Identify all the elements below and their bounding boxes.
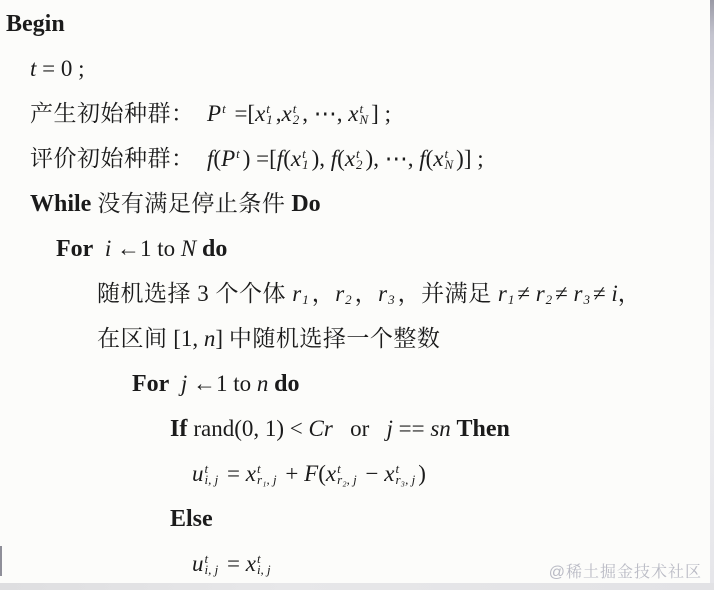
code-segment: ≠ — [555, 282, 573, 305]
scan-edge-left-mark — [0, 546, 2, 576]
code-segment: ) — [418, 462, 426, 485]
code-segment: For — [56, 237, 105, 261]
sup-sub-script: 3 — [388, 283, 395, 305]
code-segment: ←1 to — [187, 372, 257, 395]
code-line: uti, j = xtr₁, j + F(xtr₂, j − xtr₃, j) — [0, 451, 714, 496]
code-line: t = 0 ; — [0, 46, 714, 91]
code-segment: Do — [285, 192, 320, 216]
sup-sub-script: 1 — [508, 283, 515, 305]
code-line: 随机选择 3 个个体 r1，r2，r3，并满足 r1≠ r2≠ r3≠ i， — [0, 271, 714, 316]
code-segment: 随机选择 3 个个体 — [97, 282, 292, 305]
code-segment: ), — [312, 147, 331, 170]
code-line: 在区间 [1, n] 中随机选择一个整数 — [0, 316, 714, 361]
code-line: Else — [0, 496, 714, 541]
code-segment: If — [170, 417, 193, 441]
scanned-page: Begint = 0 ;产生初始种群： Pt =[xt1,xt2, ⋯, xtN… — [0, 0, 714, 590]
code-segment: )] ; — [456, 147, 483, 170]
code-segment: == — [393, 417, 430, 440]
code-segment: n — [257, 372, 274, 395]
sup-sub-script: tr₁, j — [257, 463, 277, 485]
code-segment: x — [282, 102, 292, 125]
code-segment: Cr — [309, 417, 333, 440]
code-segment: do — [274, 372, 299, 396]
code-segment: 评价初始种群： — [30, 147, 207, 170]
sup-sub-script: 1 — [302, 283, 309, 305]
sup-sub-script: t — [236, 148, 240, 170]
code-segment: r — [574, 282, 583, 305]
code-segment: While — [30, 192, 97, 216]
code-segment: u — [192, 462, 204, 485]
code-segment: ) =[ — [243, 147, 277, 170]
code-segment: or — [333, 417, 387, 440]
code-segment: x — [291, 147, 301, 170]
sup-sub-script: tN — [359, 103, 368, 125]
code-segment: P — [221, 147, 235, 170]
code-segment: r — [335, 282, 344, 305]
code-segment: = — [221, 462, 245, 485]
code-segment: x — [255, 102, 265, 125]
code-segment: ( — [337, 147, 345, 170]
code-segment: 在区间 — [97, 327, 168, 350]
code-segment: do — [202, 237, 227, 261]
code-segment: x — [326, 462, 336, 485]
code-line: Begin — [0, 1, 714, 46]
code-line: 评价初始种群： f(Pt) =[f(xt1), f(xt2), ⋯, f(xtN… — [0, 136, 714, 181]
code-segment: ， — [618, 282, 642, 305]
sup-sub-script: t2 — [356, 148, 363, 170]
scan-edge-bottom — [0, 583, 714, 590]
sup-sub-script: 2 — [546, 283, 553, 305]
code-segment: + — [280, 462, 304, 485]
code-segment: ] — [215, 327, 228, 350]
pseudocode-lines: Begint = 0 ;产生初始种群： Pt =[xt1,xt2, ⋯, xtN… — [0, 1, 714, 586]
watermark: @稀土掘金技术社区 — [549, 559, 702, 582]
code-segment: 产生初始种群： — [30, 102, 207, 125]
code-segment: F — [304, 462, 318, 485]
code-segment: 中随机选择一个整数 — [229, 327, 441, 350]
sup-sub-script: tr₃, j — [395, 463, 415, 485]
sup-sub-script: ti, j — [205, 463, 219, 485]
code-segment: ] ; — [371, 102, 391, 125]
code-segment: ， — [355, 282, 379, 305]
code-segment: P — [207, 102, 221, 125]
code-line: If rand(0, 1) < Cr or j == sn Then — [0, 406, 714, 451]
sup-sub-script: t2 — [293, 103, 300, 125]
code-segment: =[ — [229, 102, 255, 125]
code-segment: x — [345, 147, 355, 170]
code-segment: ， — [312, 282, 336, 305]
code-segment: N — [181, 237, 202, 260]
sup-sub-script: 3 — [583, 283, 590, 305]
code-segment: r — [498, 282, 507, 305]
code-segment: ), ⋯, — [366, 147, 420, 170]
sup-sub-script: tr₂, j — [337, 463, 357, 485]
code-line: While 没有满足停止条件 Do — [0, 181, 714, 226]
code-segment: = 0 ; — [36, 57, 84, 80]
sup-sub-script: ti, j — [205, 553, 219, 575]
sup-sub-script: t1 — [266, 103, 273, 125]
code-segment: [1, — [168, 327, 204, 350]
code-line: For j ←1 to n do — [0, 361, 714, 406]
code-segment: 没有满足停止条件 — [97, 192, 285, 215]
code-segment: u — [192, 552, 204, 575]
code-segment: For — [132, 372, 181, 396]
code-segment: r — [292, 282, 301, 305]
code-segment: r — [378, 282, 387, 305]
code-line: 产生初始种群： Pt =[xt1,xt2, ⋯, xtN] ; — [0, 91, 714, 136]
code-segment: r — [536, 282, 545, 305]
code-segment: x — [384, 462, 394, 485]
code-segment: x — [246, 552, 256, 575]
code-segment: ≠ — [593, 282, 611, 305]
code-segment: x — [246, 462, 256, 485]
sup-sub-script: tN — [444, 148, 453, 170]
code-segment: n — [204, 327, 216, 350]
code-segment: 并满足 — [421, 282, 498, 305]
code-segment: ( — [318, 462, 326, 485]
code-segment: ， — [398, 282, 422, 305]
code-segment: x — [348, 102, 358, 125]
code-segment: ( — [283, 147, 291, 170]
code-line: For i ←1 to N do — [0, 226, 714, 271]
code-segment: Else — [170, 507, 213, 531]
sup-sub-script: 2 — [345, 283, 352, 305]
sup-sub-script: t1 — [302, 148, 309, 170]
code-segment: Then — [457, 417, 510, 441]
code-segment: rand(0, 1) < — [193, 417, 308, 440]
code-segment: = — [221, 552, 245, 575]
code-segment: − — [360, 462, 384, 485]
code-segment: ≠ — [517, 282, 535, 305]
code-segment: Begin — [6, 12, 65, 36]
code-segment: x — [433, 147, 443, 170]
scan-edge-right — [710, 0, 714, 590]
sup-sub-script: ti, j — [257, 553, 271, 575]
code-segment: , ⋯, — [302, 102, 348, 125]
code-segment: ( — [213, 147, 221, 170]
sup-sub-script: t — [222, 103, 226, 125]
code-segment: ←1 to — [111, 237, 181, 260]
code-segment: sn — [430, 417, 456, 440]
